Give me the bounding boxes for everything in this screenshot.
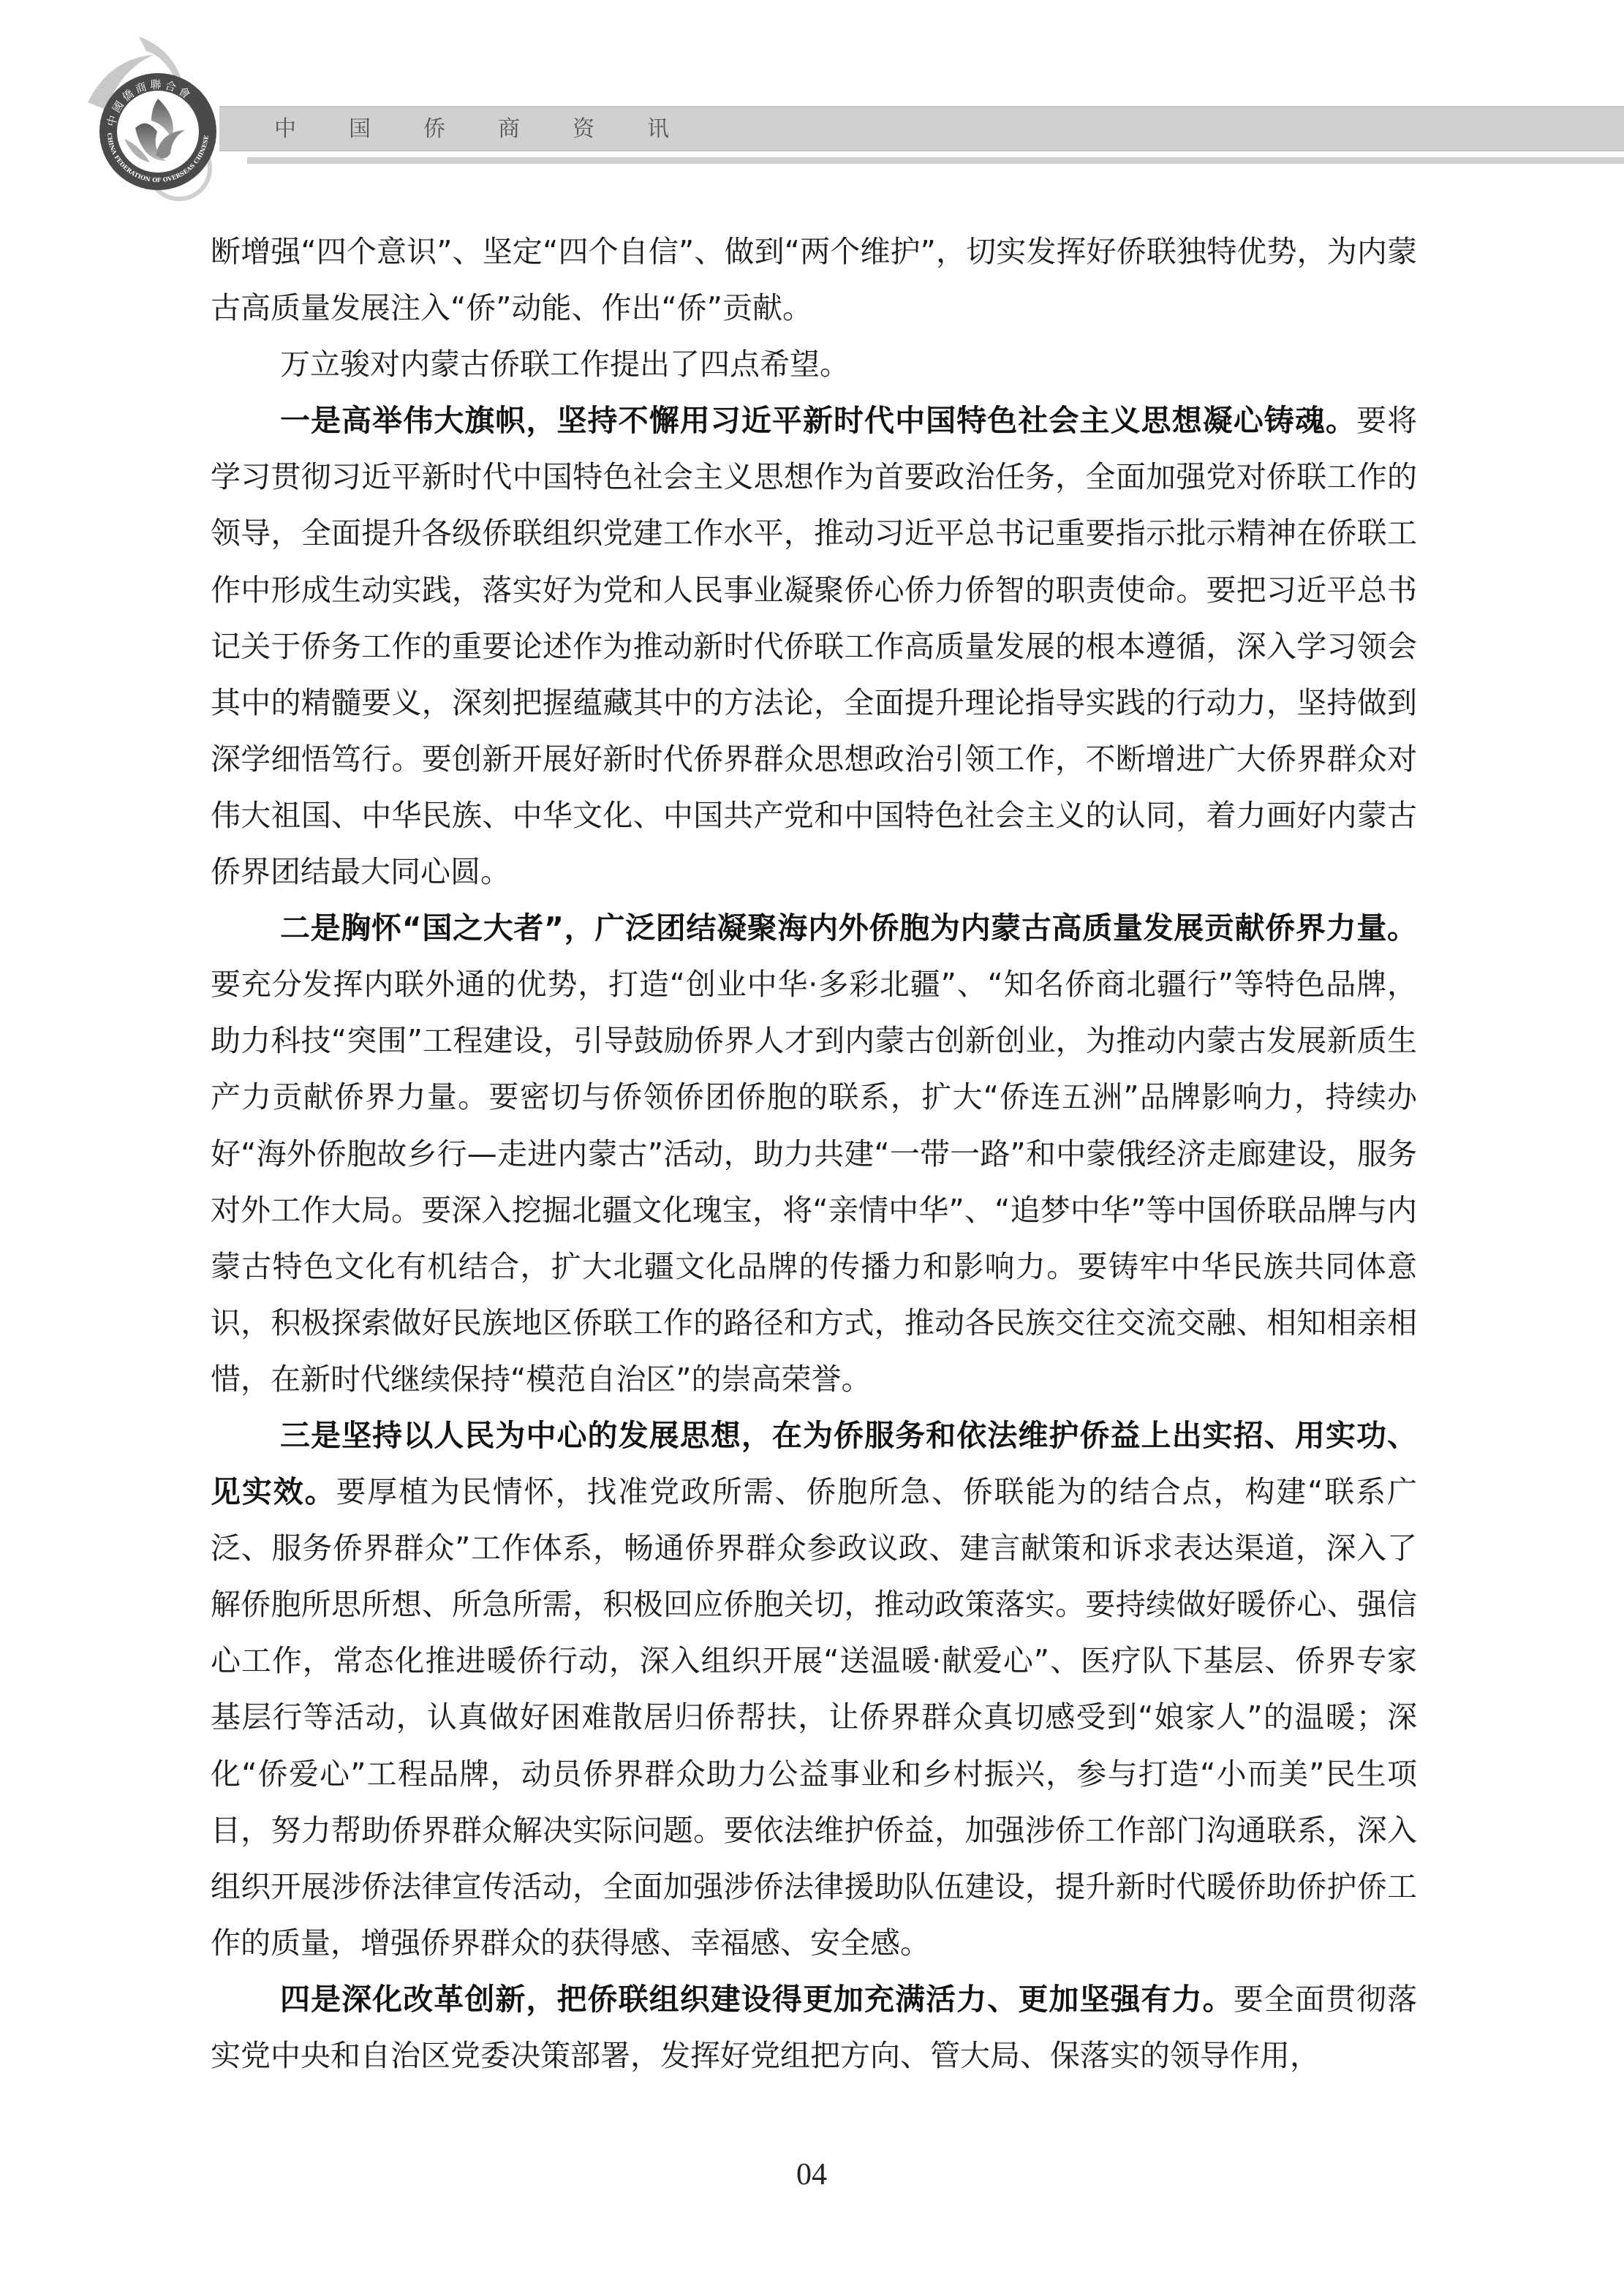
page-header: 中国侨商资讯 中國僑商聯合會 CHINA FEDER: [0, 0, 1624, 219]
paragraph-text: 要厚植为民情怀，找准党政所需、侨胞所急、侨联能为的结合点，构建“联系广泛、服务侨…: [211, 1474, 1417, 1960]
paragraph-continuation: 断增强“四个意识”、坚定“四个自信”、做到“两个维护”，切实发挥好侨联独特优势，…: [211, 224, 1417, 336]
paragraph-text: 要充分发挥内联外通的优势，打造“创业中华·多彩北疆”、“知名侨商北疆行”等特色品…: [211, 967, 1417, 1397]
paragraph-point-4: 四是深化改革创新，把侨联组织建设得更加充满活力、更加坚强有力。要全面贯彻落实党中…: [211, 1971, 1417, 2084]
paragraph-point-2: 二是胸怀“国之大者”，广泛团结凝聚海内外侨胞为内蒙古高质量发展贡献侨界力量。要充…: [211, 900, 1417, 1408]
header-band-underline: [247, 157, 1624, 164]
paragraph-text: 要将学习贯彻习近平新时代中国特色社会主义思想作为首要政治任务，全面加强党对侨联工…: [211, 403, 1417, 889]
paragraph-intro: 万立骏对内蒙古侨联工作提出了四点希望。: [211, 336, 1417, 393]
paragraph-lead: 四是深化改革创新，把侨联组织建设得更加充满活力、更加坚强有力。: [280, 1982, 1234, 2017]
page-number: 04: [790, 2157, 834, 2192]
paragraph-lead: 一是高举伟大旗帜，坚持不懈用习近平新时代中国特色社会主义思想凝心铸魂。: [280, 403, 1356, 438]
paragraph-point-1: 一是高举伟大旗帜，坚持不懈用习近平新时代中国特色社会主义思想凝心铸魂。要将学习贯…: [211, 393, 1417, 900]
association-emblem-icon: 中國僑商聯合會 CHINA FEDERATION OF OVERSEAS CHI…: [69, 29, 260, 205]
paragraph-text: 万立骏对内蒙古侨联工作提出了四点希望。: [280, 347, 850, 382]
paragraph-point-3: 三是坚持以人民为中心的发展思想，在为侨服务和依法维护侨益上出实招、用实功、见实效…: [211, 1408, 1417, 1971]
article-body: 断增强“四个意识”、坚定“四个自信”、做到“两个维护”，切实发挥好侨联独特优势，…: [211, 224, 1417, 2084]
paragraph-text: 断增强“四个意识”、坚定“四个自信”、做到“两个维护”，切实发挥好侨联独特优势，…: [211, 234, 1417, 325]
paragraph-lead: 二是胸怀“国之大者”，广泛团结凝聚海内外侨胞为内蒙古高质量发展贡献侨界力量。: [280, 910, 1417, 946]
publication-title: 中国侨商资讯: [274, 115, 722, 144]
